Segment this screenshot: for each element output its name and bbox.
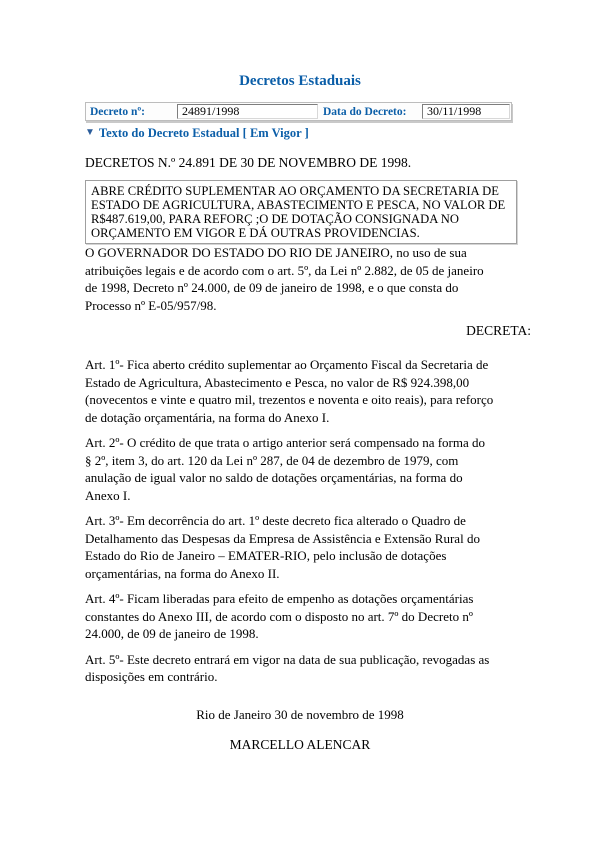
decree-text-toggle-label: Texto do Decreto Estadual [ Em Vigor ] — [99, 126, 309, 141]
article-1: Art. 1º- Fica aberto crédito suplementar… — [85, 356, 531, 426]
decree-number-field[interactable]: 24891/1998 — [177, 104, 318, 119]
decree-number-label: Decreto nº: — [86, 103, 176, 120]
decree-text-toggle[interactable]: ▼ Texto do Decreto Estadual [ Em Vigor ] — [85, 126, 531, 141]
preamble-paragraph: O GOVERNADOR DO ESTADO DO RIO DE JANEIRO… — [85, 244, 531, 314]
decreta-line: DECRETA: — [85, 322, 531, 339]
document-page: Decretos Estaduais Decreto nº: 24891/199… — [0, 0, 595, 842]
decree-date-label: Data do Decreto: — [319, 103, 421, 120]
article-5: Art. 5º- Este decreto entrará em vigor n… — [85, 651, 531, 686]
place-date-line: Rio de Janeiro 30 de novembro de 1998 — [85, 706, 515, 723]
collapse-triangle-icon: ▼ — [85, 128, 95, 138]
decree-summary-box: ABRE CRÉDITO SUPLEMENTAR AO ORÇAMENTO DA… — [85, 180, 517, 244]
article-3: Art. 3º- Em decorrência do art. 1º deste… — [85, 512, 531, 582]
decree-meta-table: Decreto nº: 24891/1998 Data do Decreto: … — [85, 102, 512, 121]
decree-heading: DECRETOS N.º 24.891 DE 30 DE NOVEMBRO DE… — [85, 154, 531, 171]
signature-name: MARCELLO ALENCAR — [85, 736, 515, 753]
decree-date-field[interactable]: 30/11/1998 — [422, 104, 510, 119]
article-2: Art. 2º- O crédito de que trata o artigo… — [85, 434, 531, 504]
page-title: Decretos Estaduais — [85, 73, 515, 90]
article-4: Art. 4º- Ficam liberadas para efeito de … — [85, 590, 531, 643]
